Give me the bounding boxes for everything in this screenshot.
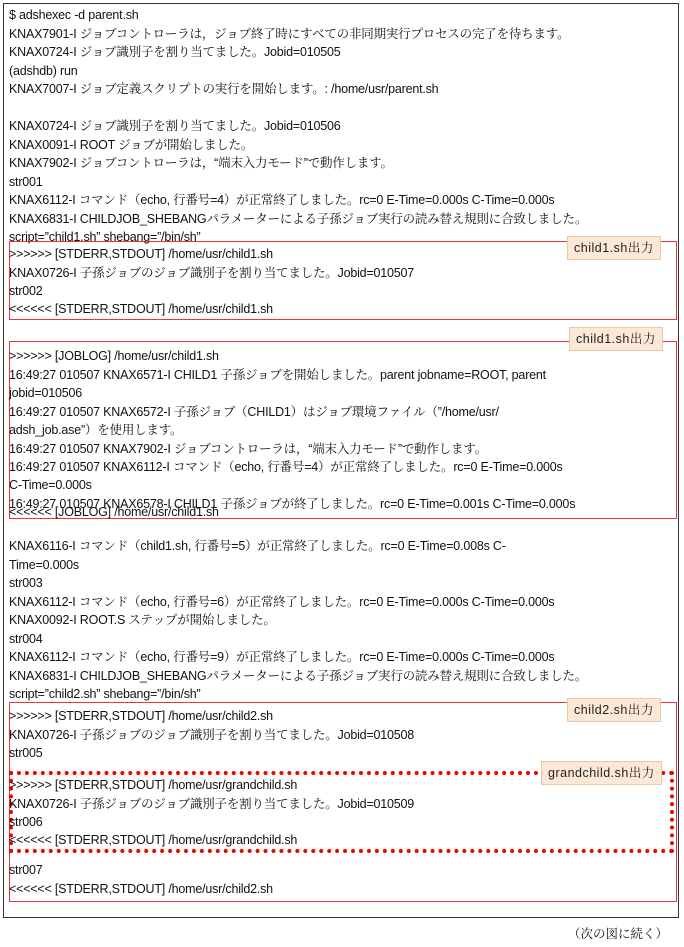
output-line: 16:49:27 010507 KNAX7902-I ジョブコントローラは，“端… — [9, 440, 487, 458]
output-line: KNAX0092-I ROOT.S ステップが開始しました。 — [9, 611, 276, 629]
output-line: str002 — [9, 282, 43, 300]
output-line: 16:49:27 010507 KNAX6112-I コマンド（echo, 行番… — [9, 458, 563, 476]
output-line: KNAX0724-I ジョブ識別子を割り当てました。Jobid=010506 — [9, 117, 341, 135]
output-line: KNAX7007-I ジョブ定義スクリプトの実行を開始します。: /home/u… — [9, 80, 438, 98]
output-line: >>>>>> [STDERR,STDOUT] /home/usr/grandch… — [9, 776, 297, 794]
output-line: C-Time=0.000s — [9, 476, 92, 494]
output-line: KNAX6112-I コマンド（echo, 行番号=4）が正常終了しました。rc… — [9, 191, 554, 209]
output-line: KNAX6116-I コマンド（child1.sh, 行番号=5）が正常終了しま… — [9, 537, 506, 555]
output-line: >>>>>> [STDERR,STDOUT] /home/usr/child2.… — [9, 707, 273, 725]
child1-stdout-tag: child1.sh出力 — [567, 236, 661, 260]
output-line: <<<<<< [STDERR,STDOUT] /home/usr/child1.… — [9, 300, 273, 318]
output-line: str001 — [9, 173, 43, 191]
continuation-note: （次の図に続く） — [568, 924, 668, 942]
output-line: KNAX0726-I 子孫ジョブのジョブ識別子を割り当てました。Jobid=01… — [9, 264, 414, 282]
output-line: str006 — [9, 813, 43, 831]
grandchild-stdout-tag: grandchild.sh出力 — [541, 761, 662, 785]
output-line: KNAX7902-I ジョブコントローラは，“端末入力モード”で動作します。 — [9, 154, 393, 172]
output-line: KNAX7901-I ジョブコントローラは，ジョブ終了時にすべての非同期実行プロ… — [9, 25, 569, 43]
output-line: KNAX0724-I ジョブ識別子を割り当てました。Jobid=010505 — [9, 43, 341, 61]
output-line: script=”child2.sh” shebang=”/bin/sh” — [9, 685, 201, 703]
output-line: 16:49:27 010507 KNAX6571-I CHILD1 子孫ジョブを… — [9, 366, 546, 384]
output-line: str004 — [9, 630, 43, 648]
output-line: KNAX6831-I CHILDJOB_SHEBANGパラメーターによる子孫ジョ… — [9, 210, 587, 228]
output-line: KNAX0726-I 子孫ジョブのジョブ識別子を割り当てました。Jobid=01… — [9, 795, 414, 813]
output-line: 16:49:27 010507 KNAX6572-I 子孫ジョブ（CHILD1）… — [9, 403, 499, 421]
output-line: KNAX0091-I ROOT ジョブが開始しました。 — [9, 136, 253, 154]
child1-joblog-tag: child1.sh出力 — [569, 327, 663, 351]
output-line: (adshdb) run — [9, 62, 77, 80]
output-line: KNAX6831-I CHILDJOB_SHEBANGパラメーターによる子孫ジョ… — [9, 667, 587, 685]
output-line: KNAX0726-I 子孫ジョブのジョブ識別子を割り当てました。Jobid=01… — [9, 726, 414, 744]
output-line: str007 — [9, 861, 43, 879]
output-line: <<<<<< [STDERR,STDOUT] /home/usr/grandch… — [9, 831, 297, 849]
output-line: >>>>>> [JOBLOG] /home/usr/child1.sh — [9, 347, 219, 365]
output-line: Time=0.000s — [9, 556, 79, 574]
output-line: str005 — [9, 744, 43, 762]
output-line: $ adshexec -d parent.sh — [9, 6, 139, 24]
child2-stdout-tag: child2.sh出力 — [567, 698, 661, 722]
output-line: KNAX6112-I コマンド（echo, 行番号=9）が正常終了しました。rc… — [9, 648, 554, 666]
output-line: jobid=010506 — [9, 384, 82, 402]
output-line: str003 — [9, 574, 43, 592]
output-line: >>>>>> [STDERR,STDOUT] /home/usr/child1.… — [9, 245, 273, 263]
output-line: <<<<<< [JOBLOG] /home/usr/child1.sh — [9, 503, 219, 521]
output-line: KNAX6112-I コマンド（echo, 行番号=6）が正常終了しました。rc… — [9, 593, 554, 611]
output-line: <<<<<< [STDERR,STDOUT] /home/usr/child2.… — [9, 880, 273, 898]
output-line: adsh_job.ase”）を使用します。 — [9, 421, 182, 439]
